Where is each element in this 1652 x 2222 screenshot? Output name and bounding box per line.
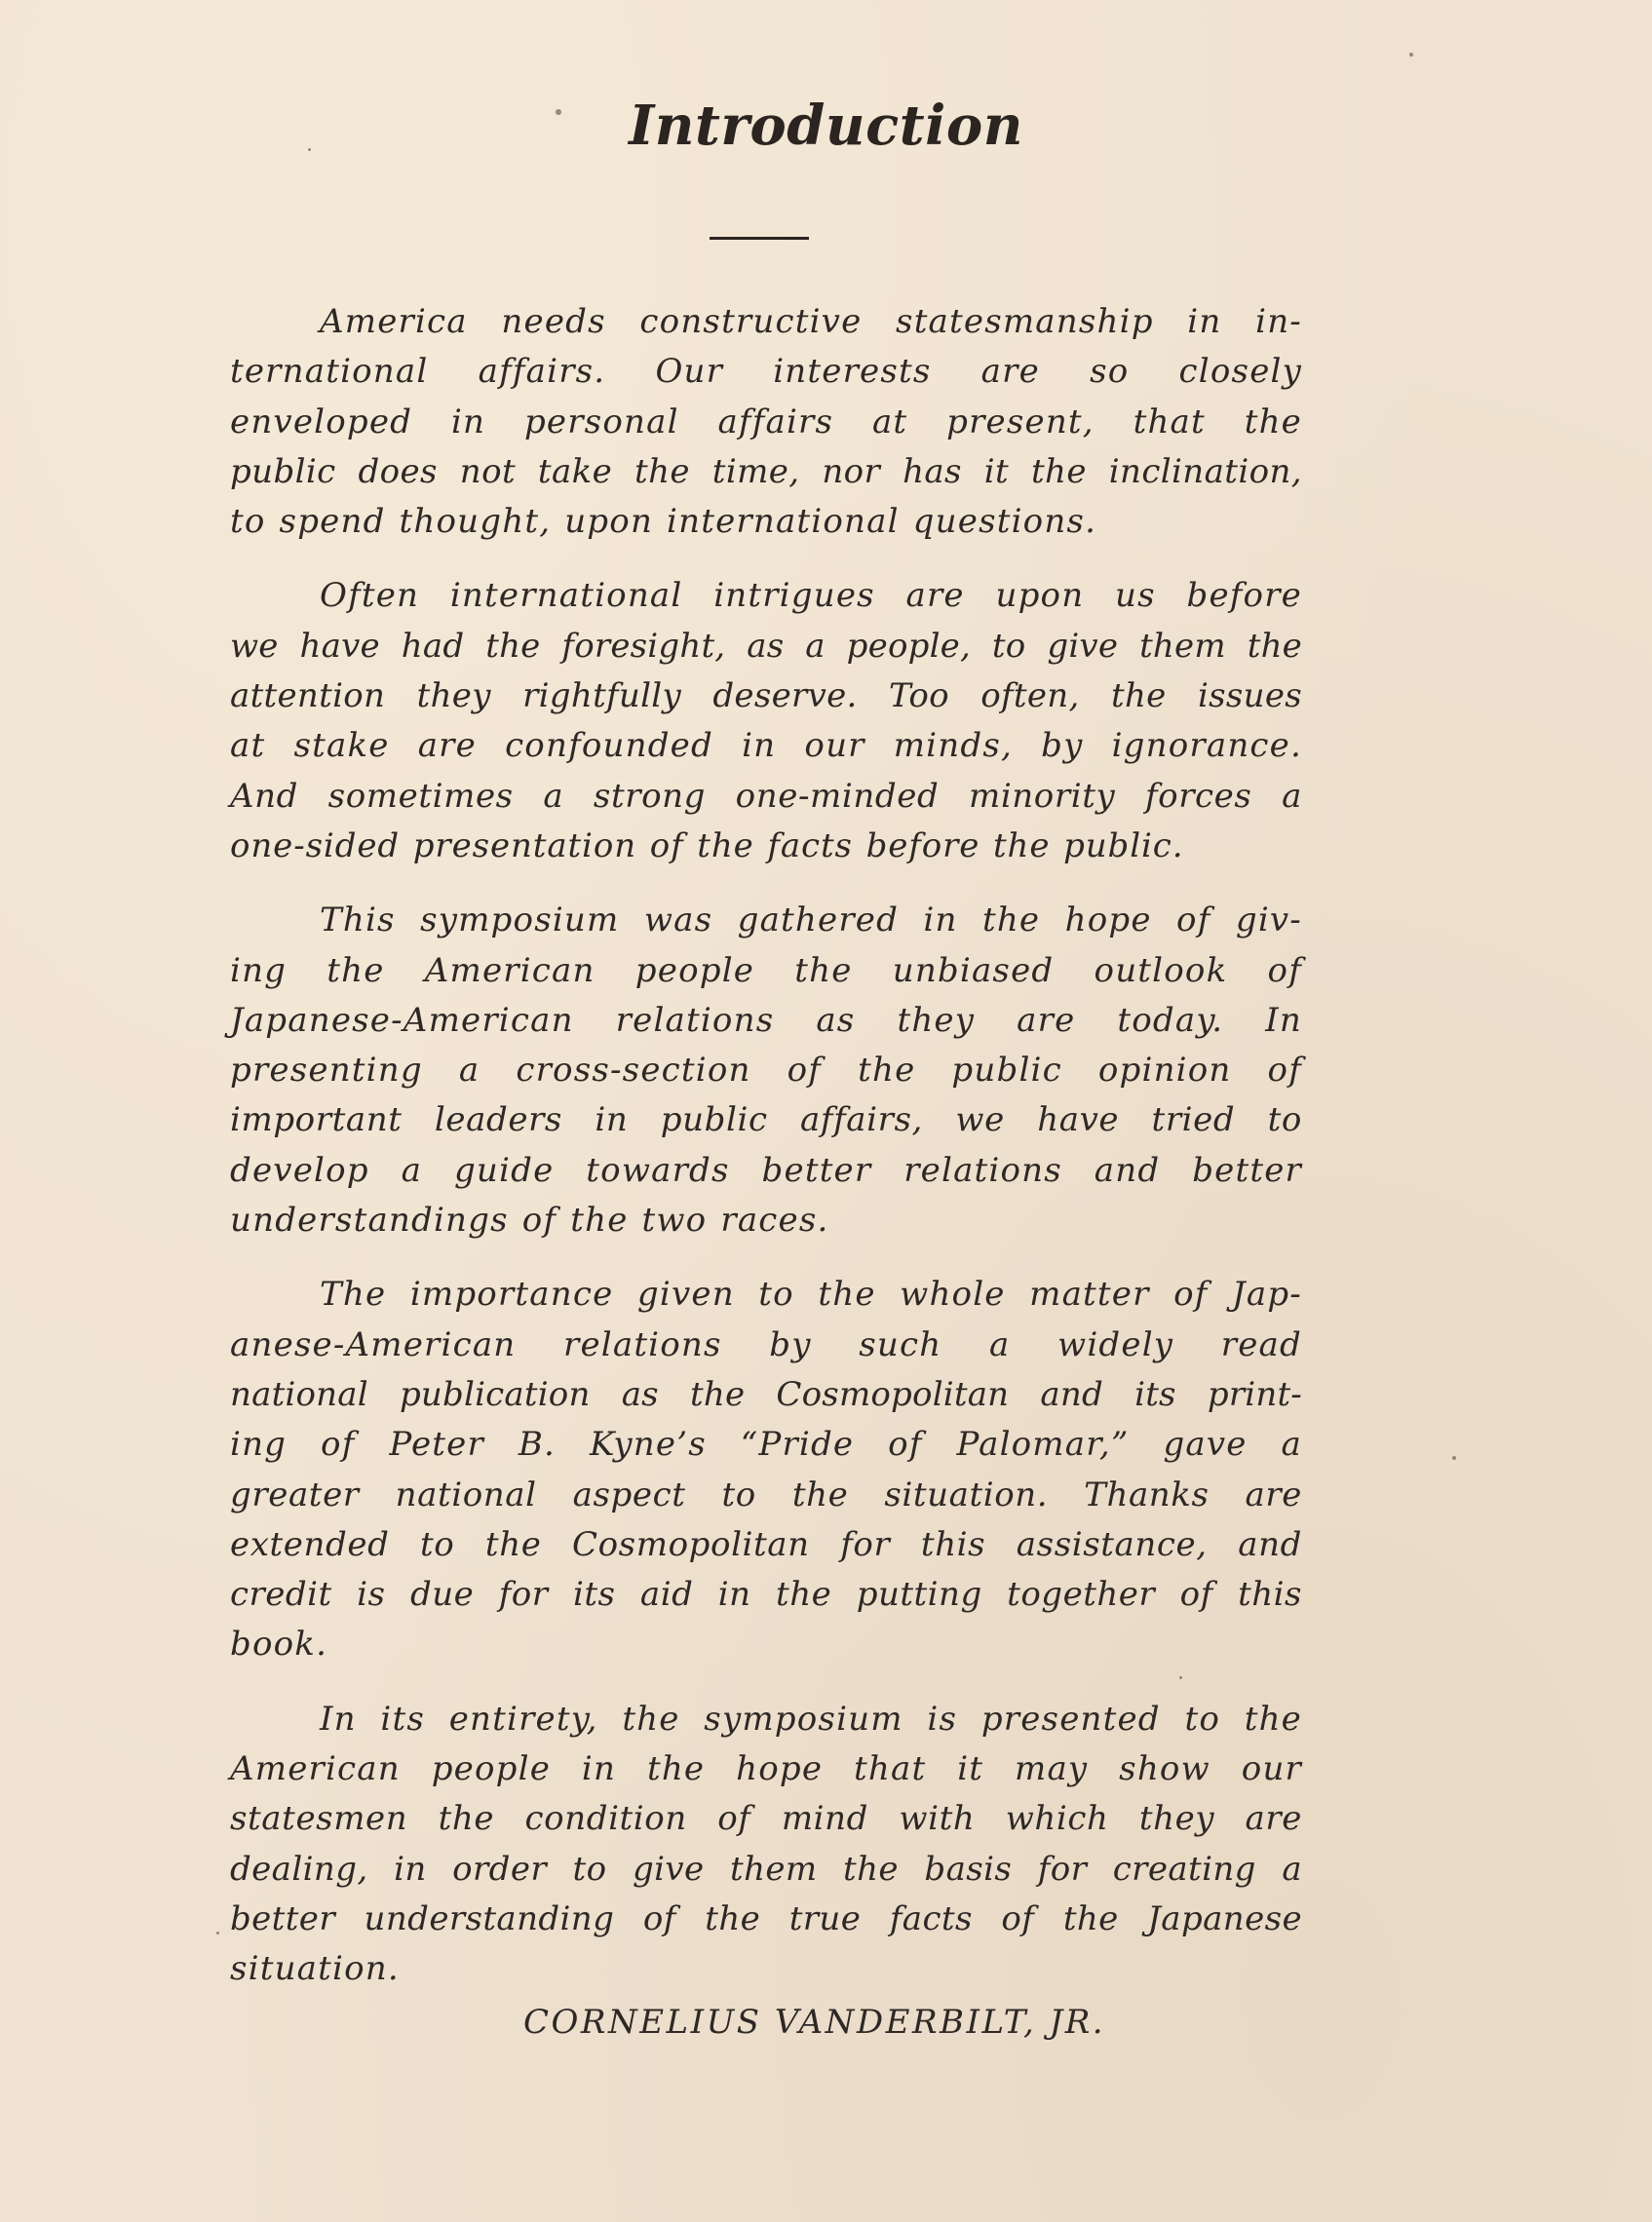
text-line: to spend thought, upon international que… [230,497,1302,547]
text-line: develop a guide towards better relations… [230,1146,1302,1196]
text-line: important leaders in public affairs, we … [230,1095,1302,1145]
text-line: ing the American people the unbiased out… [230,946,1302,996]
text-line: national publication as the Cosmopolitan… [230,1370,1302,1420]
text-line: The importance given to the whole matter… [230,1270,1302,1320]
text-line: book. [230,1620,1302,1669]
page-title: Introduction [0,94,1652,158]
paper-speck [1179,1676,1182,1679]
text-line: Often international intrigues are upon u… [230,571,1302,621]
text-line: Japanese-American relations as they are … [230,996,1302,1046]
text-line: attention they rightfully deserve. Too o… [230,671,1302,721]
text-line: anese-American relations by such a widel… [230,1321,1302,1370]
text-line: In its entirety, the symposium is presen… [230,1695,1302,1744]
text-line: ternational affairs. Our interests are s… [230,347,1302,397]
text-line: credit is due for its aid in the putting… [230,1570,1302,1620]
title-divider [710,237,809,240]
paragraph-5: In its entirety, the symposium is presen… [230,1695,1302,1995]
paragraph-3: This symposium was gathered in the hope … [230,896,1302,1245]
document-page: Introduction America needs constructive … [0,0,1652,2222]
text-line: statesmen the condition of mind with whi… [230,1794,1302,1844]
text-line: we have had the foresight, as a people, … [230,622,1302,671]
paragraph-4: The importance given to the whole matter… [230,1270,1302,1669]
paragraph-2: Often international intrigues are upon u… [230,571,1302,871]
text-line: presenting a cross-section of the public… [230,1046,1302,1095]
paper-speck [1409,53,1413,57]
paragraph-1: America needs constructive statesmanship… [230,297,1302,547]
text-line: greater national aspect to the situation… [230,1471,1302,1520]
text-line: better understanding of the true facts o… [230,1895,1302,1944]
text-line: And sometimes a strong one-minded minori… [230,772,1302,822]
paper-speck [556,109,561,115]
text-line: American people in the hope that it may … [230,1744,1302,1794]
text-line: ing of Peter B. Kyne’s “Pride of Palomar… [230,1420,1302,1470]
text-line: America needs constructive statesmanship… [230,297,1302,347]
author-signature: CORNELIUS VANDERBILT, JR. [523,2003,1105,2042]
body-text: America needs constructive statesmanship… [230,297,1302,2019]
text-line: understandings of the two races. [230,1196,1302,1245]
text-line: situation. [230,1944,1302,1994]
text-line: public does not take the time, nor has i… [230,447,1302,497]
text-line: dealing, in order to give them the basis… [230,1845,1302,1895]
paper-speck [308,148,311,151]
text-line: at stake are confounded in our minds, by… [230,721,1302,771]
text-line: enveloped in personal affairs at present… [230,398,1302,447]
text-line: one-sided presentation of the facts befo… [230,822,1302,871]
text-line: extended to the Cosmopolitan for this as… [230,1520,1302,1570]
paper-speck [216,1932,219,1935]
text-line: This symposium was gathered in the hope … [230,896,1302,945]
paper-speck [1452,1456,1456,1460]
